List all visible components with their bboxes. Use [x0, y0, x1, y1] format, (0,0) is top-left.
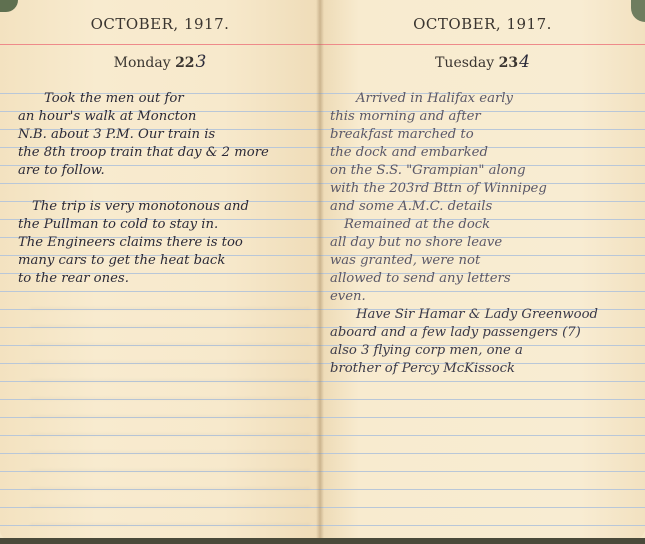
entry-line: brother of Percy McKissock — [330, 360, 637, 378]
day-name: Monday — [114, 55, 171, 71]
red-rule — [0, 44, 320, 45]
entry-line: are to follow. — [18, 162, 312, 180]
entry-line: allowed to send any letters — [330, 270, 637, 288]
entry-line: Remained at the dock — [330, 216, 637, 234]
printed-date: 22 — [175, 55, 194, 71]
entry-line: was granted, were not — [330, 252, 637, 270]
entry-line: The trip is very monotonous and — [18, 198, 312, 216]
handwritten-date-correction: 4 — [519, 52, 530, 72]
entry-line: aboard and a few lady passengers (7) — [330, 324, 637, 342]
entry-line: N.B. about 3 P.M. Our train is — [18, 126, 312, 144]
entry-line: this morning and after — [330, 108, 637, 126]
entry-line: on the S.S. "Grampian" along — [330, 162, 637, 180]
entry-line: the 8th troop train that day & 2 more — [18, 144, 312, 162]
month-header: OCTOBER, 1917. — [0, 15, 320, 33]
entry-line: even. — [330, 288, 637, 306]
book-gutter — [316, 0, 324, 544]
entry-line: many cars to get the heat back — [18, 252, 312, 270]
entry-line — [18, 180, 312, 198]
entry-line: breakfast marched to — [330, 126, 637, 144]
cover-edge — [0, 538, 645, 544]
red-rule — [320, 44, 645, 45]
entry-line: The Engineers claims there is too — [18, 234, 312, 252]
day-name: Tuesday — [435, 55, 494, 71]
day-header: Monday 223 — [0, 52, 320, 72]
diary-entry: Took the men out for an hour's walk at M… — [18, 90, 312, 288]
entry-line: and some A.M.C. details — [330, 198, 637, 216]
entry-line: Arrived in Halifax early — [330, 90, 637, 108]
printed-date: 23 — [499, 55, 518, 71]
diary-spread: OCTOBER, 1917. Monday 223 Took the men o… — [0, 0, 645, 544]
entry-line: the Pullman to cold to stay in. — [18, 216, 312, 234]
entry-line: Took the men out for — [18, 90, 312, 108]
diary-entry: Arrived in Halifax early this morning an… — [330, 90, 637, 378]
entry-line: all day but no shore leave — [330, 234, 637, 252]
bleed-through-text — [30, 300, 310, 530]
left-page: OCTOBER, 1917. Monday 223 Took the men o… — [0, 0, 320, 540]
entry-line: also 3 flying corp men, one a — [330, 342, 637, 360]
handwritten-date-correction: 3 — [196, 52, 207, 72]
entry-line: an hour's walk at Moncton — [18, 108, 312, 126]
entry-line: Have Sir Hamar & Lady Greenwood — [330, 306, 637, 324]
month-header: OCTOBER, 1917. — [320, 15, 645, 33]
entry-line: with the 203rd Bttn of Winnipeg — [330, 180, 637, 198]
entry-line: the dock and embarked — [330, 144, 637, 162]
day-header: Tuesday 234 — [320, 52, 645, 72]
entry-line: to the rear ones. — [18, 270, 312, 288]
right-page: OCTOBER, 1917. Tuesday 234 Arrived in Ha… — [320, 0, 645, 540]
